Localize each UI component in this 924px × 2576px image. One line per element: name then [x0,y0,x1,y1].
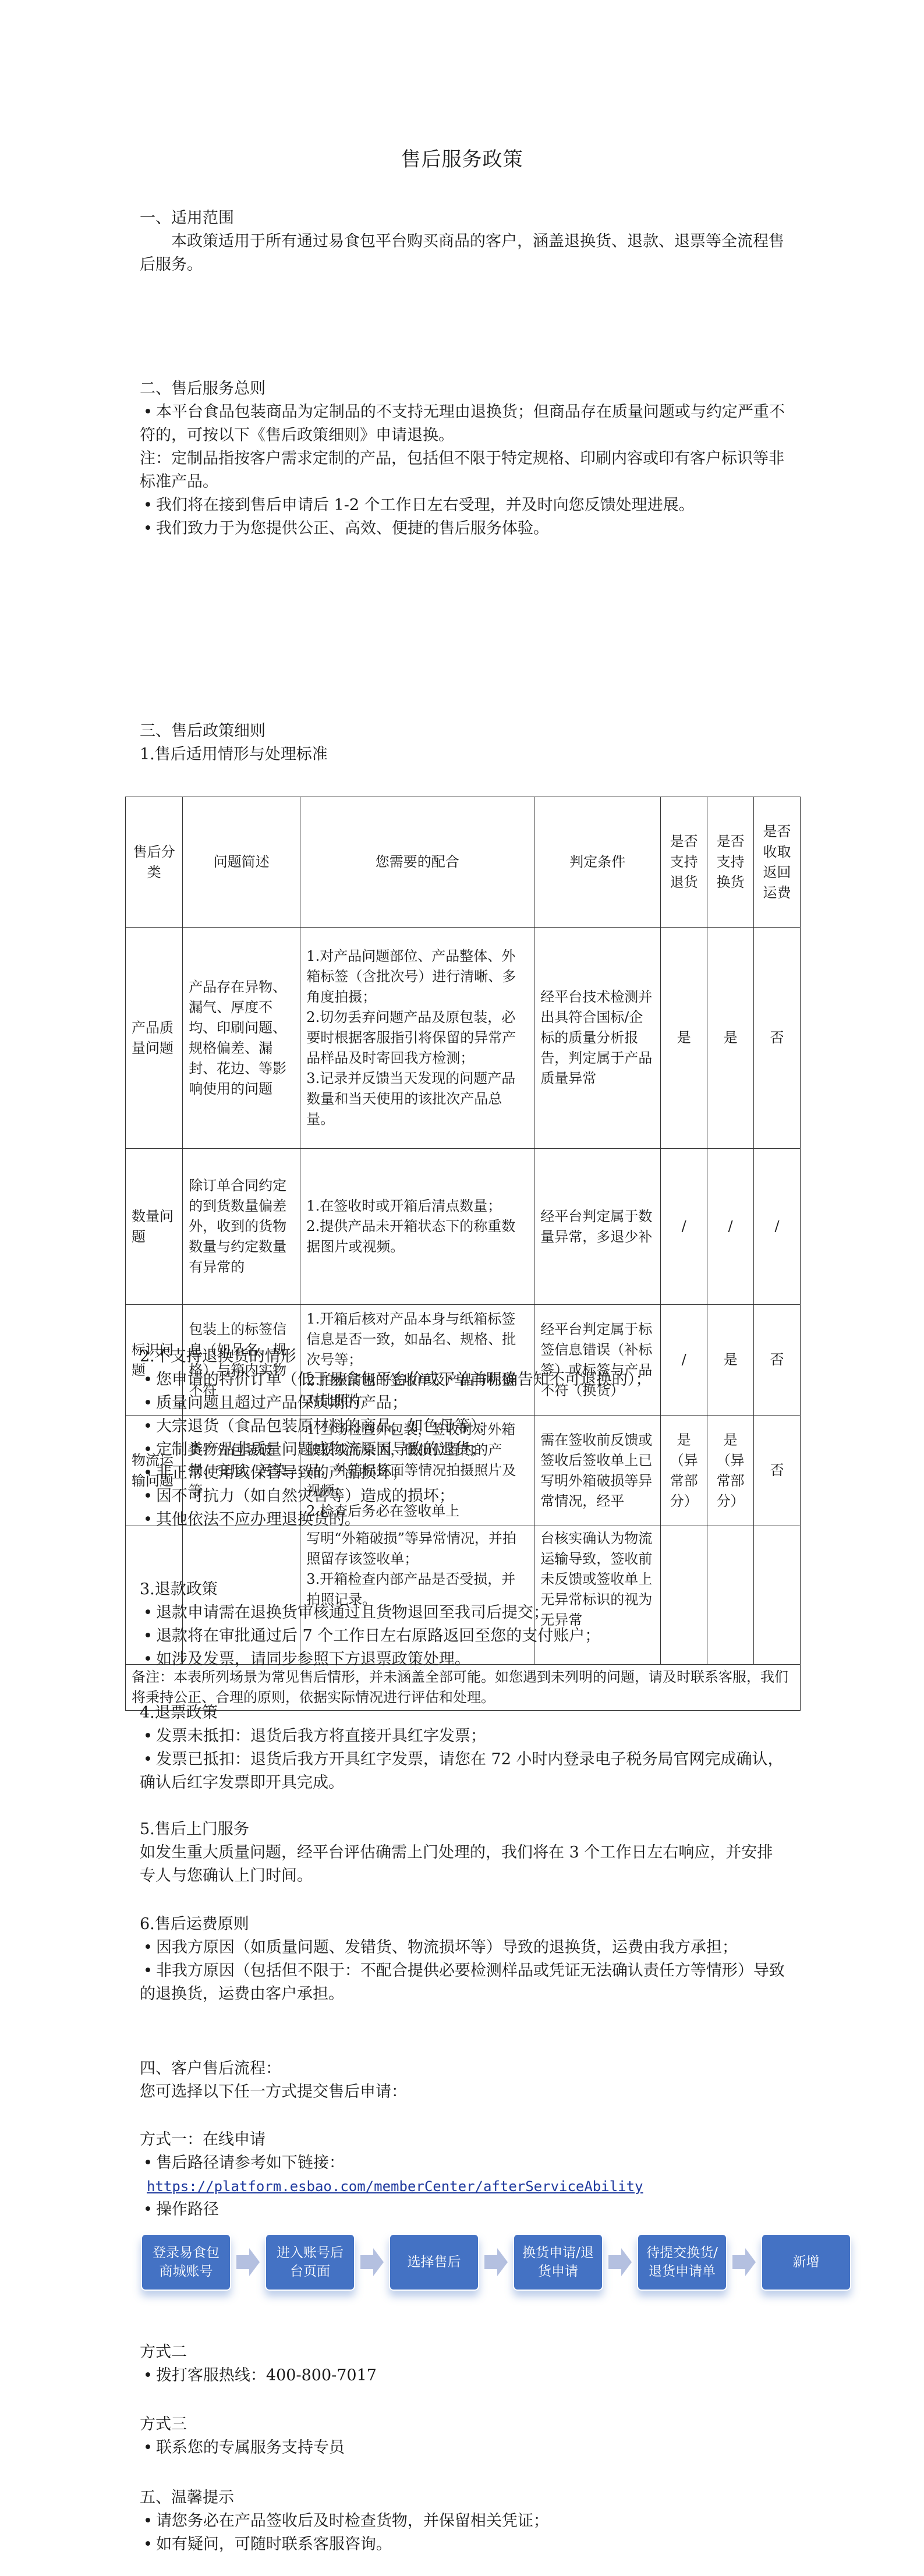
section-intro: 您可选择以下任一方式提交售后申请： [140,2080,786,2104]
flow-step-backend: 进入账号后台页面 [265,2234,355,2291]
list-item: 因不可抗力（如自然灾害等）造成的损坏； [140,1485,786,1508]
table-header: 售后分类 [126,797,183,928]
list-item: 退款申请需在退换货审核通过且货物退回至我司后提交； [140,1601,786,1625]
section-heading: 五、温馨提示 [140,2486,786,2510]
document-title: 售后服务政策 [0,146,924,174]
subsection-body: 如发生重大质量问题，经平台评估确需上门处理的，我们将在 3 个工作日左右响应，并… [140,1841,786,1888]
list-item: 退款将在审批通过后 7 个工作日左右原路返回至您的支付账户； [140,1625,786,1648]
flow-step-pending-form: 待提交换货/退货申请单 [637,2234,727,2291]
cell-cooperation: 1.在签收时或开箱后清点数量； 2.提供产品未开箱状态下的称重数据图片或视频。 [300,1149,534,1305]
section-scope: 一、适用范围 本政策适用于所有通过易食包平台购买商品的客户，涵盖退换货、退款、退… [140,207,786,277]
policy-table: 售后分类 问题简述 您需要的配合 判定条件 是否支持退货 是否支持换货 是否收取… [125,797,801,1711]
section-body: 本政策适用于所有通过易食包平台购买商品的客户，涵盖退换货、退款、退票等全流程售后… [140,230,786,277]
subsection-heading: 2.不支持退换货的情形 [140,1345,786,1368]
table-header: 您需要的配合 [300,797,534,928]
subsection-refund: 3.退款政策 退款申请需在退换货审核通过且货物退回至我司后提交； 退款将在审批通… [140,1578,786,1671]
table-row: 产品质量问题 产品存在异物、漏气、厚度不均、印刷问题、规格偏差、漏封、花边、等影… [126,928,801,1149]
list-item: 如有疑问，可随时联系客服咨询。 [140,2533,786,2556]
section-policy-details: 三、售后政策细则 1.售后适用情形与处理标准 [140,720,786,766]
method-heading: 方式二 [140,2341,786,2364]
method-hotline: 方式二 拨打客服热线：400-800-7017 [140,2341,786,2387]
note-text: 注：定制品指按客户需求定制的产品，包括但不限于特定规格、印刷内容或印有客户标识等… [140,447,786,494]
subsection-heading: 1.售后适用情形与处理标准 [140,743,786,766]
section-tips: 五、温馨提示 请您务必在产品签收后及时检查货物，并保留相关凭证； 如有疑问，可随… [140,2486,786,2556]
list-item: 质量问题且超过产品保质期的产品； [140,1392,786,1415]
table-header: 是否支持退货 [661,797,707,928]
cell-category: 数量问题 [126,1149,183,1305]
list-item: 定制类产品非质量问题或物流原因导致的退货； [140,1438,786,1462]
method-online: 方式一：在线申请 售后路径请参考如下链接： https://platform.e… [140,2128,786,2221]
subsection-heading: 4.退票政策 [140,1701,786,1725]
subsection-invoice: 4.退票政策 发票未抵扣：退货后我方将直接开具红字发票； 发票已抵扣：退货后我方… [140,1701,786,1795]
cell-description: 产品存在异物、漏气、厚度不均、印刷问题、规格偏差、漏封、花边、等影响使用的问题 [183,928,300,1149]
subsection-heading: 3.退款政策 [140,1578,786,1601]
subsection-heading: 6.售后运费原则 [140,1913,786,1936]
policy-table-wrapper: 售后分类 问题简述 您需要的配合 判定条件 是否支持退货 是否支持换货 是否收取… [125,797,801,1711]
cell-exchange: / [707,1149,754,1305]
cell-condition: 经平台判定属于数量异常，多退少补 [534,1149,661,1305]
section-heading: 一、适用范围 [140,207,786,230]
subsection-not-supported: 2.不支持退换货的情形 您申请的特价订单（低于易食包平台价或下单前明确告知不可退… [140,1345,786,1531]
list-item: 您申请的特价订单（低于易食包平台价或下单前明确告知不可退换的）； [140,1368,786,1392]
section-heading: 四、客户售后流程： [140,2057,786,2080]
cell-condition: 经平台技术检测并出具符合国标/企标的质量分析报告，判定属于产品质量异常 [534,928,661,1149]
policy-document: 售后服务政策 一、适用范围 本政策适用于所有通过易食包平台购买商品的客户，涵盖退… [0,0,924,2576]
list-item: 售后路径请参考如下链接： [140,2152,786,2175]
arrow-right-icon [231,2234,265,2291]
bullet-item: 我们将在接到售后申请后 1-2 个工作日左右受理，并及时向您反馈处理进展。 [140,494,786,517]
list-item: 请您务必在产品签收后及时检查货物，并保留相关凭证； [140,2510,786,2533]
cell-return: / [661,1149,707,1305]
cell-description: 除订单合同约定的到货数量偏差外，收到的货物数量与约定数量有异常的 [183,1149,300,1305]
after-service-link[interactable]: https://platform.esbao.com/memberCenter/… [147,2178,643,2195]
table-header: 是否支持换货 [707,797,754,928]
list-item: 联系您的专属服务支持专员 [140,2436,786,2460]
list-item: 其他依法不应办理退换货的。 [140,1508,786,1531]
table-header-row: 售后分类 问题简述 您需要的配合 判定条件 是否支持退货 是否支持换货 是否收取… [126,797,801,928]
flow-step-select-after-sales: 选择售后 [389,2234,479,2291]
cell-return: 是 [661,928,707,1149]
list-item: 操作路径 [140,2198,786,2221]
list-item: 如涉及发票，请同步参照下方退票政策处理。 [140,1648,786,1671]
bullet-item: 本平台食品包装商品为定制品的不支持无理由退换货；但商品存在质量问题或与约定严重不… [140,401,786,447]
flow-step-add-new: 新增 [761,2234,851,2291]
list-item: 非正常使用或保管导致的产品损坏； [140,1462,786,1485]
section-heading: 三、售后政策细则 [140,720,786,743]
section-process: 四、客户售后流程： 您可选择以下任一方式提交售后申请： [140,2057,786,2104]
section-general-rules: 二、售后服务总则 本平台食品包装商品为定制品的不支持无理由退换货；但商品存在质量… [140,377,786,540]
flow-step-apply: 换货申请/退货申请 [513,2234,603,2291]
arrow-right-icon [603,2234,637,2291]
cell-shipping-fee: 否 [754,928,801,1149]
method-heading: 方式一：在线申请 [140,2128,786,2152]
cell-exchange: 是 [707,928,754,1149]
list-item: 发票未抵扣：退货后我方将直接开具红字发票； [140,1725,786,1748]
arrow-right-icon [355,2234,389,2291]
table-header: 是否收取返回运费 [754,797,801,928]
list-item: 非我方原因（包括但不限于：不配合提供必要检测样品或凭证无法确认责任方等情形）导致… [140,1959,786,2006]
subsection-heading: 5.售后上门服务 [140,1818,786,1841]
cell-category: 产品质量问题 [126,928,183,1149]
list-item: 发票已抵扣：退货后我方开具红字发票，请您在 72 小时内登录电子税务局官网完成确… [140,1748,786,1795]
method-heading: 方式三 [140,2413,786,2436]
subsection-onsite-service: 5.售后上门服务 如发生重大质量问题，经平台评估确需上门处理的，我们将在 3 个… [140,1818,786,1888]
arrow-right-icon [479,2234,513,2291]
section-heading: 二、售后服务总则 [140,377,786,401]
operation-flow: 登录易食包商城账号 进入账号后台页面 选择售后 换货申请/退货申请 待提交换货/… [141,2230,851,2294]
flow-step-login: 登录易食包商城账号 [141,2234,231,2291]
list-item: 因我方原因（如质量问题、发错货、物流损坏等）导致的退换货，运费由我方承担； [140,1936,786,1959]
table-header: 问题简述 [183,797,300,928]
list-item: 大宗退货（食品包装原材料的商品，如色母等）； [140,1415,786,1438]
cell-shipping-fee: / [754,1149,801,1305]
cell-cooperation: 1.对产品问题部位、产品整体、外箱标签（含批次号）进行清晰、多角度拍摄； 2.切… [300,928,534,1149]
table-row: 数量问题 除订单合同约定的到货数量偏差外，收到的货物数量与约定数量有异常的 1.… [126,1149,801,1305]
method-specialist: 方式三 联系您的专属服务支持专员 [140,2413,786,2460]
bullet-item: 我们致力于为您提供公正、高效、便捷的售后服务体验。 [140,517,786,540]
hotline-text: 拨打客服热线：400-800-7017 [140,2364,786,2387]
table-header: 判定条件 [534,797,661,928]
arrow-right-icon [727,2234,761,2291]
subsection-shipping-fee: 6.售后运费原则 因我方原因（如质量问题、发错货、物流损坏等）导致的退换货，运费… [140,1913,786,2006]
